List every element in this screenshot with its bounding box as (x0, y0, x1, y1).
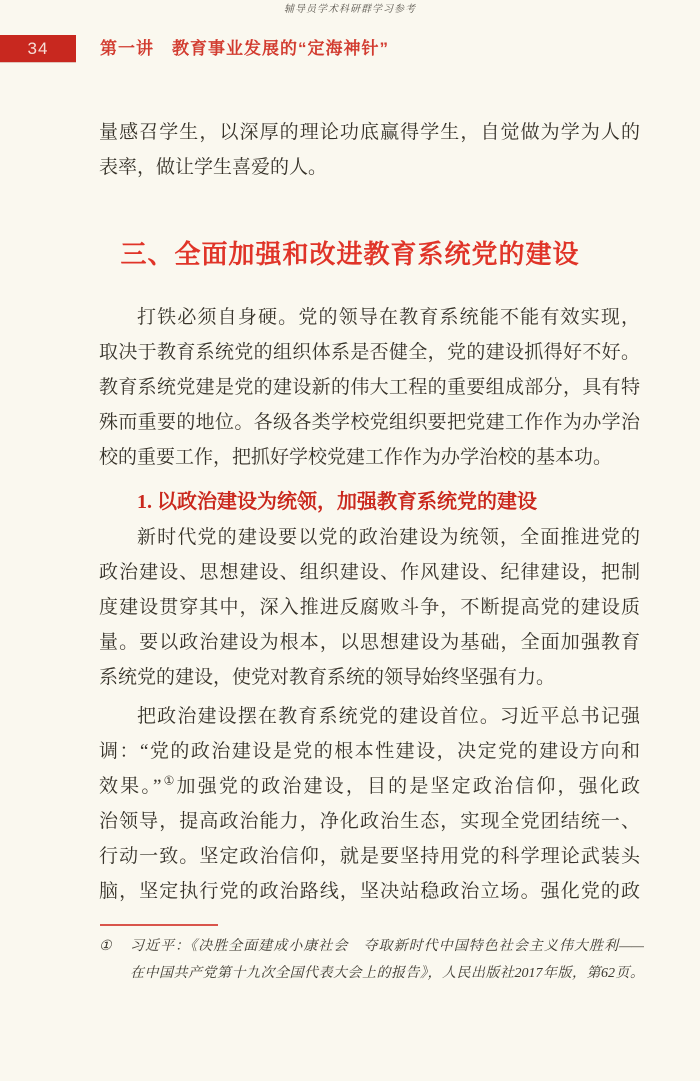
subsection-heading: 1. 以政治建设为统领，加强教育系统党的建设 (99, 487, 640, 517)
text-line: 把政治建设摆在教育系统党的建设首位。习近平总书记强 (99, 699, 640, 734)
text-line: 教育系统党建是党的建设新的伟大工程的重要组成部分，具有特 (99, 370, 640, 405)
page-number: 34 (28, 39, 49, 59)
footnote: ① 习近平：《决胜全面建成小康社会 夺取新时代中国特色社会主义伟大胜利—— 在中… (99, 933, 644, 987)
text-line: 打铁必须自身硬。党的领导在教育系统能不能有效实现， (99, 300, 640, 335)
paragraph-carryover: 量感召学生，以深厚的理论功底赢得学生，自觉做为学为人的 表率，做让学生喜爱的人。 (99, 115, 640, 185)
text-line: 取决于教育系统党的组织体系是否健全，党的建设抓得好不好。 (99, 335, 640, 370)
text-line: 治领导，提高政治能力，净化政治生态，实现全党团结统一、 (99, 804, 640, 839)
book-page: 辅导员学术科研群学习参考 34 第一讲 教育事业发展的“定海神针” 量感召学生，… (0, 0, 700, 1081)
running-head: 辅导员学术科研群学习参考 (0, 3, 700, 17)
text-line: 量感召学生，以深厚的理论功底赢得学生，自觉做为学为人的 (99, 115, 640, 150)
paragraph-party-building: 打铁必须自身硬。党的领导在教育系统能不能有效实现， 取决于教育系统党的组织体系是… (99, 300, 640, 475)
text-line: 度建设贯穿其中，深入推进反腐败斗争，不断提高党的建设质 (99, 590, 640, 625)
text-line: 殊而重要的地位。各级各类学校党组织要把党建工作作为办学治 (99, 405, 640, 440)
text-line: 量。要以政治建设为根本，以思想建设为基础，全面加强教育 (99, 625, 640, 660)
footnote-line: 习近平：《决胜全面建成小康社会 夺取新时代中国特色社会主义伟大胜利—— (130, 933, 644, 960)
text-line: 行动一致。坚定政治信仰，就是要坚持用党的科学理论武装头 (99, 839, 640, 874)
page-number-badge: 34 (0, 35, 76, 62)
text-line: 脑，坚定执行党的政治路线，坚决站稳政治立场。强化党的政 (99, 874, 640, 909)
paragraph-political-building: 新时代党的建设要以党的政治建设为统领，全面推进党的 政治建设、思想建设、组织建设… (99, 520, 640, 695)
footnote-text: 习近平：《决胜全面建成小康社会 夺取新时代中国特色社会主义伟大胜利—— 在中国共… (130, 933, 644, 987)
paragraph-political-priority: 把政治建设摆在教育系统党的建设首位。习近平总书记强 调：“党的政治建设是党的根本… (99, 699, 640, 909)
text-line: 新时代党的建设要以党的政治建设为统领，全面推进党的 (99, 520, 640, 555)
text-line: 表率，做让学生喜爱的人。 (99, 150, 640, 185)
footnote-line: 在中国共产党第十九次全国代表大会上的报告》，人民出版社2017年版，第62页。 (130, 960, 644, 987)
text-line: 校的重要工作，把抓好学校党建工作作为办学治校的基本功。 (99, 440, 640, 475)
text-line: 政治建设、思想建设、组织建设、作风建设、纪律建设，把制 (99, 555, 640, 590)
footnote-marker: ① (99, 933, 130, 987)
text-line: 调：“党的政治建设是党的根本性建设，决定党的建设方向和 (99, 734, 640, 769)
text-line: 效果。”①加强党的政治建设，目的是坚定政治信仰，强化政 (99, 769, 640, 804)
footnote-separator-rule (100, 924, 218, 926)
text-line: 系统党的建设，使党对教育系统的领导始终坚强有力。 (99, 660, 640, 695)
chapter-title: 第一讲 教育事业发展的“定海神针” (100, 35, 680, 62)
section-heading: 三、全面加强和改进教育系统党的建设 (0, 238, 700, 270)
